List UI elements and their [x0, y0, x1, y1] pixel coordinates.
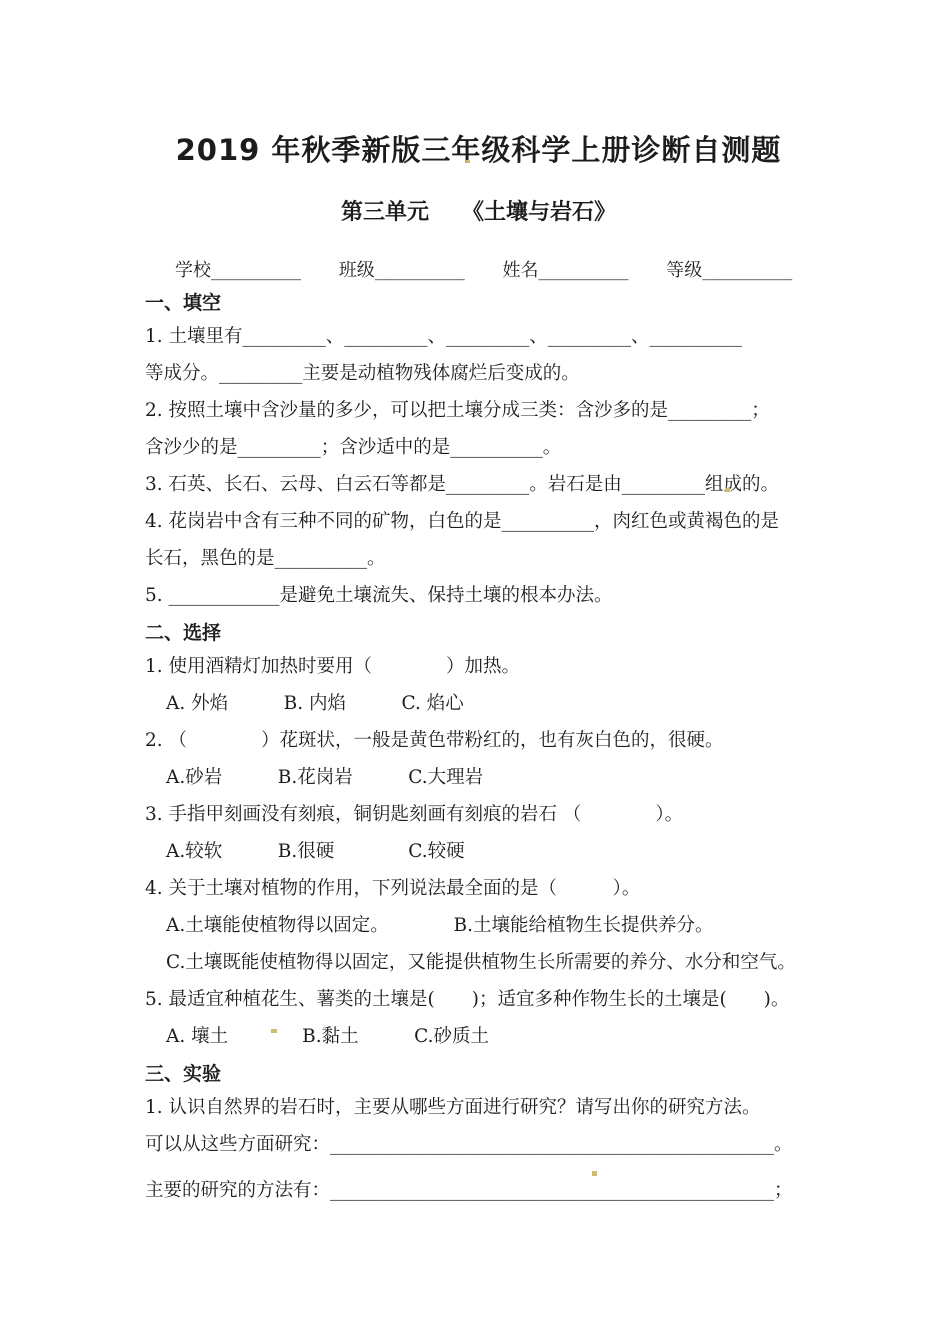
- choice-q4-options-ab: A.土壤能使植物得以固定。 B.土壤能给植物生长提供养分。: [166, 907, 812, 944]
- school-blank: __________: [211, 260, 301, 281]
- fill-q2-line1: 2. 按照土壤中含沙量的多少，可以把土壤分成三类：含沙多的是_________；: [145, 392, 812, 429]
- noise-speck: [592, 1171, 597, 1176]
- grade-field: 等级__________: [666, 260, 792, 281]
- choice-q1: 1. 使用酒精灯加热时要用（ ）加热。: [145, 648, 812, 685]
- choice-q3: 3. 手指甲刻画没有刻痕，铜钥匙刻画有刻痕的岩石 （ ）。: [145, 796, 812, 833]
- class-field: 班级__________: [339, 260, 465, 281]
- worksheet-page: 2019 年秋季新版三年级科学上册诊断自测题 第三单元 《土壤与岩石》 学校__…: [0, 0, 950, 1344]
- choice-q5: 5. 最适宜种植花生、薯类的土壤是( )；适宜多种作物生长的土壤是( )。: [145, 981, 812, 1018]
- experiment-q1: 1. 认识自然界的岩石时，主要从哪些方面进行研究？请写出你的研究方法。: [145, 1089, 812, 1126]
- name-label: 姓名: [502, 260, 538, 281]
- choice-q2-options: A.砂岩 B.花岗岩 C.大理岩: [166, 759, 812, 796]
- name-field: 姓名__________: [502, 260, 628, 281]
- worksheet-content: 2019 年秋季新版三年级科学上册诊断自测题 第三单元 《土壤与岩石》 学校__…: [0, 132, 950, 1209]
- class-label: 班级: [339, 260, 375, 281]
- choice-q3-options: A.较软 B.很硬 C.较硬: [166, 833, 812, 870]
- school-field: 学校__________: [175, 260, 301, 281]
- page-title: 2019 年秋季新版三年级科学上册诊断自测题: [145, 132, 812, 168]
- fill-q2-line2: 含沙少的是_________；含沙适中的是__________。: [145, 429, 812, 466]
- section-experiment-heading: 三、实验: [145, 1061, 812, 1087]
- noise-speck: [466, 160, 470, 163]
- fill-q1-line2: 等成分。_________主要是动植物残体腐烂后变成的。: [145, 355, 812, 392]
- experiment-answer-line2: 主要的研究的方法有：______________________________…: [145, 1172, 812, 1209]
- unit-subtitle: 第三单元 《土壤与岩石》: [145, 198, 812, 228]
- fill-q1-line1: 1. 土壤里有_________、_________、_________、___…: [145, 318, 812, 355]
- class-blank: __________: [375, 260, 465, 281]
- section-fill-heading: 一、填空: [145, 290, 812, 316]
- fill-q5: 5. ____________是避免土壤流失、保持土壤的根本办法。: [145, 577, 812, 614]
- choice-q4-option-c: C.土壤既能使植物得以固定，又能提供植物生长所需要的养分、水分和空气。: [166, 944, 812, 981]
- grade-blank: __________: [702, 260, 792, 281]
- section-choice-heading: 二、选择: [145, 620, 812, 646]
- grade-label: 等级: [666, 260, 702, 281]
- choice-q5-options: A. 壤土 B.黏土 C.砂质土: [166, 1018, 812, 1055]
- noise-speck: [725, 488, 730, 492]
- noise-speck: [271, 1029, 277, 1033]
- student-info-row: 学校__________ 班级__________ 姓名__________ 等…: [145, 258, 812, 284]
- fill-q4-line2: 长石，黑色的是__________。: [145, 540, 812, 577]
- fill-q4-line1: 4. 花岗岩中含有三种不同的矿物，白色的是__________，肉红色或黄褐色的…: [145, 503, 812, 540]
- fill-q3: 3. 石英、长石、云母、白云石等都是_________。岩石是由________…: [145, 466, 812, 503]
- name-blank: __________: [538, 260, 628, 281]
- school-label: 学校: [175, 260, 211, 281]
- experiment-answer-line1: 可以从这些方面研究：______________________________…: [145, 1126, 812, 1163]
- choice-q2: 2. （ ）花斑状，一般是黄色带粉红的，也有灰白色的，很硬。: [145, 722, 812, 759]
- choice-q1-options: A. 外焰 B. 内焰 C. 焰心: [166, 685, 812, 722]
- choice-q4: 4. 关于土壤对植物的作用，下列说法最全面的是（ ）。: [145, 870, 812, 907]
